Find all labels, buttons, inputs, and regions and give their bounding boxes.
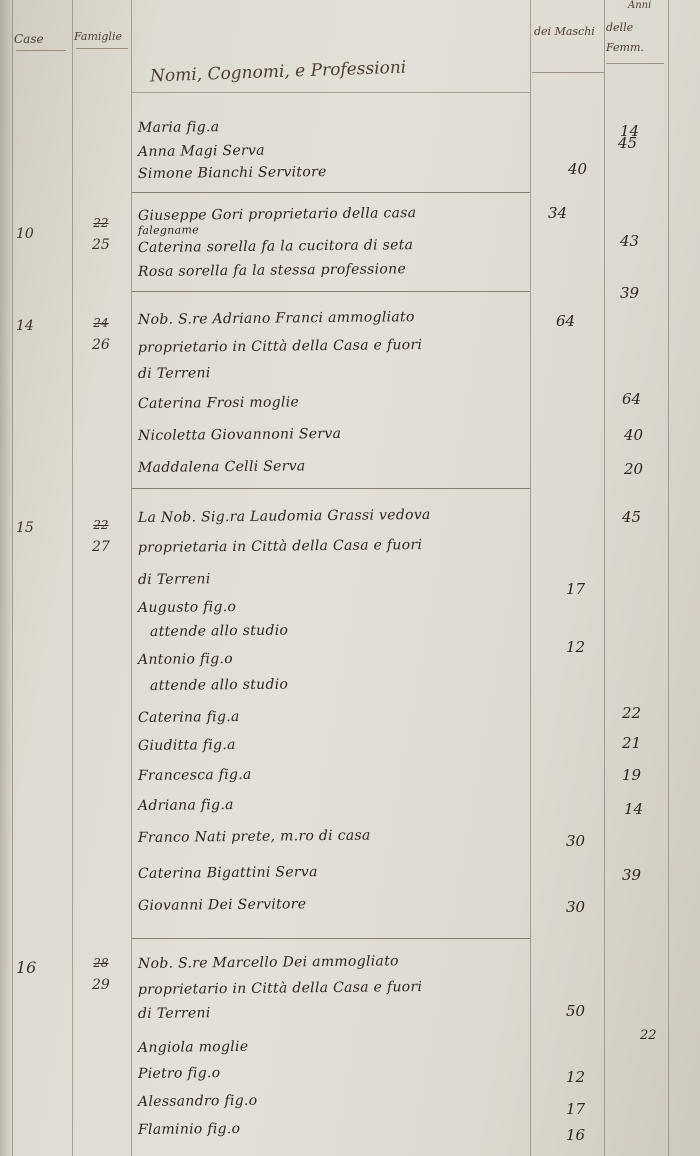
entry-line: Francesca fig.a [138, 767, 252, 784]
famiglia-old-number: 24 [92, 312, 110, 334]
age-femmine: 22 [622, 704, 641, 722]
casa-number: 10 [16, 226, 34, 242]
entry-line: di Terreni [138, 1005, 211, 1022]
column-rule-left [12, 0, 13, 1156]
famiglia-new-number: 26 [92, 337, 110, 353]
entry-line: Giuditta fig.a [138, 737, 236, 754]
entry-line: Adriana fig.a [138, 797, 234, 814]
header-famiglie: Famiglie [74, 30, 122, 43]
register-page: Case Famiglie Nomi, Cognomi, e Professio… [0, 0, 700, 1156]
column-rule-femmine [668, 0, 669, 1156]
entry-line: attende allo studio [150, 677, 288, 694]
entry-line: Caterina Frosi moglie [138, 394, 299, 412]
famiglia-new-number: 27 [92, 539, 110, 555]
famiglia-number: 22 27 [92, 514, 110, 558]
famiglia-new-number: 25 [92, 237, 110, 253]
age-maschi: 16 [566, 1126, 585, 1144]
entry-line: Anna Magi Serva [138, 143, 265, 160]
entry-line: Caterina sorella fa la cucitora di seta [138, 237, 413, 256]
entry-line: Flaminio fig.o [138, 1121, 241, 1138]
header-casa-underline [16, 50, 66, 51]
famiglia-old-number: 28 [92, 952, 110, 974]
header-anni: Anni [628, 0, 651, 11]
famiglia-new-number: 29 [92, 977, 110, 993]
header-casa: Case [14, 32, 44, 46]
header-femmine-underline [606, 63, 664, 64]
block-separator [132, 291, 530, 292]
header-maschi: dei Maschi [534, 22, 602, 42]
casa-number: 16 [16, 958, 36, 977]
famiglia-number: 24 26 [92, 312, 110, 356]
entry-line: Rosa sorella fa la stessa professione [138, 261, 406, 280]
header-maschi-underline [532, 72, 604, 73]
column-rule-maschi [604, 0, 605, 1156]
age-femmine: 20 [624, 460, 643, 478]
entry-line: proprietario in Città della Casa e fuori [138, 337, 422, 356]
age-maschi: 64 [556, 312, 575, 330]
entry-line: di Terreni [138, 365, 211, 382]
entry-line: proprietario in Città della Casa e fuori [138, 979, 422, 998]
column-rule-famiglie [131, 0, 132, 1156]
entry-line: Simone Bianchi Servitore [138, 164, 327, 182]
age-femmine: 64 [622, 390, 641, 408]
entry-line: Caterina fig.a [138, 709, 240, 726]
entry-line: proprietaria in Città della Casa e fuori [138, 537, 422, 556]
entry-line: Nicoletta Giovannoni Serva [138, 426, 341, 444]
age-maschi: 30 [566, 832, 585, 850]
age-femmine: 39 [622, 866, 641, 884]
entry-line: falegname [138, 223, 199, 237]
age-femmine: 45 [622, 508, 641, 526]
age-maschi: 34 [548, 204, 567, 222]
header-nomi: Nomi, Cognomi, e Professioni [150, 58, 407, 87]
entry-line: Alessandro fig.o [138, 1093, 258, 1110]
age-maschi: 30 [566, 898, 585, 916]
age-femmine: 39 [620, 284, 639, 302]
block-separator [132, 938, 530, 939]
age-maschi: 12 [566, 1068, 585, 1086]
entry-line: Caterina Bigattini Serva [138, 864, 318, 882]
column-rule-casa [72, 0, 73, 1156]
age-maschi: 40 [568, 160, 587, 178]
header-famiglie-underline [76, 48, 128, 49]
entry-line: Pietro fig.o [138, 1065, 221, 1082]
famiglia-number: 22 25 [92, 212, 110, 256]
age-maschi: 12 [566, 638, 585, 656]
age-maschi: 50 [566, 1002, 585, 1020]
age-femmine: 40 [624, 426, 643, 444]
entry-line: Augusto fig.o [138, 599, 236, 616]
entry-line: Maddalena Celli Serva [138, 458, 306, 476]
age-femmine: 43 [620, 232, 639, 250]
famiglia-number: 28 29 [92, 952, 110, 996]
entry-line: Angiola moglie [138, 1039, 249, 1056]
age-femmine: 45 [618, 134, 637, 152]
entry-line: Giovanni Dei Servitore [138, 896, 307, 914]
age-femmine: 19 [622, 766, 641, 784]
age-maschi: 17 [566, 580, 585, 598]
header-femmine: delle Femm. [606, 18, 668, 58]
entry-line: Nob. S.re Adriano Franci ammogliato [138, 309, 415, 328]
casa-number: 14 [16, 318, 34, 334]
famiglia-old-number: 22 [92, 212, 110, 234]
column-rule-nomi [530, 0, 531, 1156]
entry-line: di Terreni [138, 571, 211, 588]
entry-line: Giuseppe Gori proprietario della casa [138, 205, 417, 224]
entry-line: Nob. S.re Marcello Dei ammogliato [138, 953, 399, 972]
casa-number: 15 [16, 520, 34, 536]
age-femmine: 21 [622, 734, 641, 752]
entry-line: Franco Nati prete, m.ro di casa [138, 828, 371, 846]
entry-line: attende allo studio [150, 623, 288, 640]
header-bottom-rule [132, 92, 530, 93]
block-separator [132, 192, 530, 193]
age-femmine: 22 [640, 1028, 657, 1043]
age-femmine: 14 [624, 800, 643, 818]
block-separator [132, 488, 530, 489]
age-maschi: 17 [566, 1100, 585, 1118]
entry-line: Antonio fig.o [138, 651, 233, 668]
entry-line: La Nob. Sig.ra Laudomia Grassi vedova [138, 507, 431, 526]
entry-line: Maria fig.a [138, 119, 220, 136]
famiglia-old-number: 22 [92, 514, 110, 536]
